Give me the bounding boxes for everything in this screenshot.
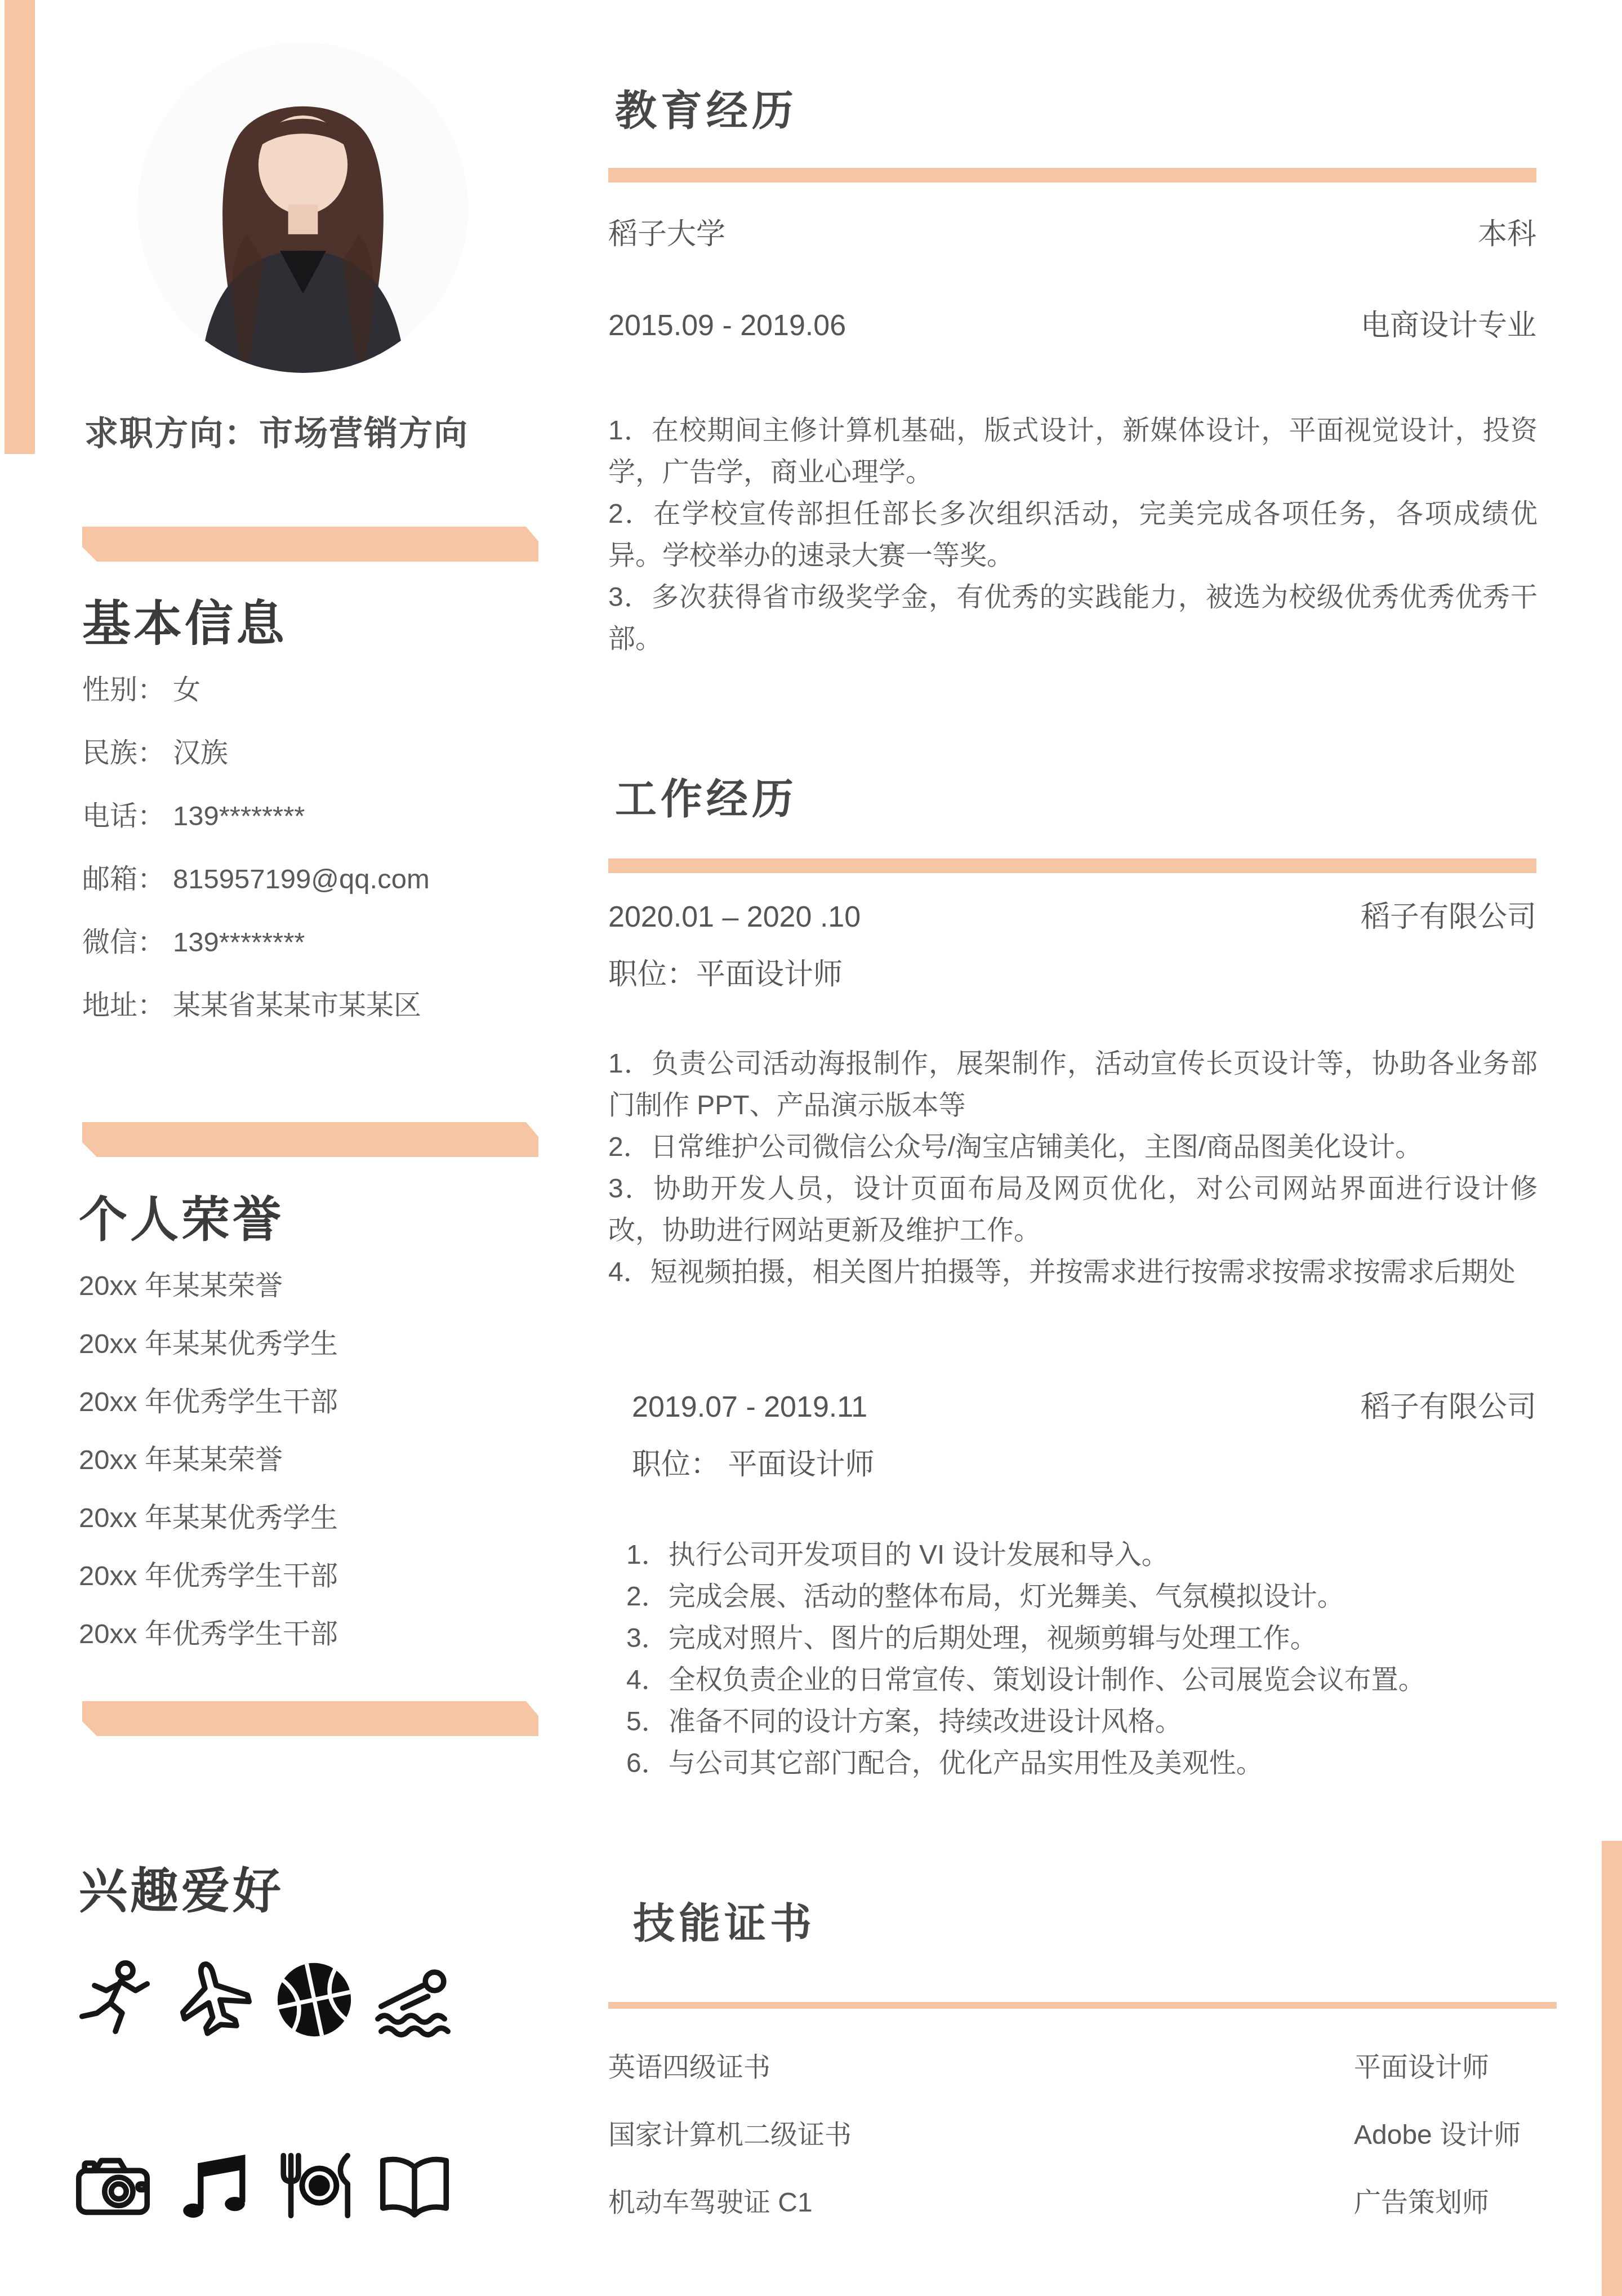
education-bullet: 2．在学校宣传部担任部长多次组织活动，完美完成各项任务，各项成绩优异。学校举办的… xyxy=(608,493,1538,577)
right-accent-bar xyxy=(1602,1841,1622,2296)
info-item-address: 地址：某某省某某市某某区 xyxy=(82,991,567,1020)
hobbies-title: 兴趣爱好 xyxy=(79,1852,284,1922)
skills-left-list: 英语四级证书 国家计算机二级证书 机动车驾驶证 C1 xyxy=(608,2054,852,2257)
education-period-row: 2015.09 - 2019.06 电商设计专业 xyxy=(608,309,1536,342)
job1-company: 稻子有限公司 xyxy=(1361,900,1536,934)
work-divider xyxy=(608,858,1536,873)
portrait-illustration xyxy=(138,43,468,373)
airplane-icon xyxy=(172,1957,273,2042)
job-bullet: 4．短视频拍摄，相关图片拍摄等，并按需求进行按需求按需求按需求后期处 xyxy=(608,1252,1538,1293)
job-bullet: 6．与公司其它部门配合，优化产品实用性及美观性。 xyxy=(626,1743,1536,1785)
education-bullet: 3．多次获得省市级奖学金，有优秀的实践能力，被选为校级优秀优秀优秀干部。 xyxy=(608,577,1538,660)
skill-item: 平面设计师 xyxy=(1354,2054,1521,2082)
skills-divider xyxy=(608,2002,1557,2009)
skill-item: 国家计算机二级证书 xyxy=(608,2121,852,2150)
job-bullet: 1．执行公司开发项目的 VI 设计发展和导入。 xyxy=(626,1534,1536,1576)
major: 电商设计专业 xyxy=(1361,309,1536,342)
info-item-email: 邮箱：815957199@qq.com xyxy=(82,865,567,893)
job2-header-row: 2019.07 - 2019.11 稻子有限公司 xyxy=(632,1390,1536,1424)
job-bullet: 2．完成会展、活动的整体布局，灯光舞美、气氛模拟设计。 xyxy=(626,1576,1536,1618)
job-objective: 求职方向：市场营销方向 xyxy=(84,407,563,455)
profile-photo xyxy=(138,43,468,373)
skill-item: Adobe 设计师 xyxy=(1354,2121,1521,2150)
degree: 本科 xyxy=(1478,217,1536,251)
job-bullet: 3．协助开发人员，设计页面布局及网页优化，对公司网站界面进行设计修改，协助进行网… xyxy=(608,1168,1538,1252)
dining-icon xyxy=(273,2143,373,2228)
job2-company: 稻子有限公司 xyxy=(1361,1390,1536,1424)
education-school-row: 稻子大学 本科 xyxy=(608,217,1536,251)
skills-title: 技能证书 xyxy=(633,1890,816,1950)
job-bullet: 2．日常维护公司微信公众号/淘宝店铺美化，主图/商品图美化设计。 xyxy=(608,1127,1538,1168)
music-icon xyxy=(172,2143,273,2228)
job1-header-row: 2020.01 – 2020 .10 稻子有限公司 xyxy=(608,900,1536,934)
resume-page: 求职方向：市场营销方向 基本信息 性别：女 民族：汉族 电话：139******… xyxy=(0,0,1622,2296)
section-accent-bar xyxy=(82,527,538,562)
honor-item: 20xx 年优秀学生干部 xyxy=(79,1562,574,1590)
basic-info-list: 性别：女 民族：汉族 电话：139******** 邮箱：815957199@q… xyxy=(82,676,567,1054)
honors-title: 个人荣誉 xyxy=(79,1181,284,1251)
education-bullet: 1．在校期间主修计算机基础，版式设计，新媒体设计，平面视觉设计，投资学，广告学，… xyxy=(608,410,1538,493)
section-accent-bar xyxy=(82,1122,538,1157)
job1-bullets: 1．负责公司活动海报制作，展架制作，活动宣传长页设计等，协助各业务部门制作 PP… xyxy=(608,1043,1538,1293)
camera-icon xyxy=(72,2143,172,2228)
job1-position: 职位：平面设计师 xyxy=(608,958,1536,991)
job2-period: 2019.07 - 2019.11 xyxy=(632,1390,867,1424)
honor-item: 20xx 年某某优秀学生 xyxy=(79,1504,574,1532)
job-bullet: 1．负责公司活动海报制作，展架制作，活动宣传长页设计等，协助各业务部门制作 PP… xyxy=(608,1043,1538,1127)
info-item-gender: 性别：女 xyxy=(82,676,567,704)
job1-period: 2020.01 – 2020 .10 xyxy=(608,900,861,934)
job2-bullets: 1．执行公司开发项目的 VI 设计发展和导入。 2．完成会展、活动的整体布局，灯… xyxy=(626,1534,1536,1785)
job2-position: 职位： 平面设计师 xyxy=(632,1448,1560,1481)
hobby-icons xyxy=(72,1957,478,2228)
skill-item: 英语四级证书 xyxy=(608,2054,852,2082)
basketball-icon xyxy=(273,1957,373,2042)
section-accent-bar xyxy=(82,1701,538,1736)
skill-item: 机动车驾驶证 C1 xyxy=(608,2189,852,2217)
book-icon xyxy=(373,2143,473,2228)
job-bullet: 3．完成对照片、图片的后期处理，视频剪辑与处理工作。 xyxy=(626,1618,1536,1659)
honor-item: 20xx 年优秀学生干部 xyxy=(79,1620,574,1648)
skill-item: 广告策划师 xyxy=(1354,2189,1521,2217)
education-title: 教育经历 xyxy=(615,78,797,137)
info-item-ethnicity: 民族：汉族 xyxy=(82,739,567,767)
skills-right-list: 平面设计师 Adobe 设计师 广告策划师 xyxy=(1354,2054,1521,2257)
left-accent-bar xyxy=(5,0,35,454)
honor-item: 20xx 年优秀学生干部 xyxy=(79,1388,574,1416)
education-bullets: 1．在校期间主修计算机基础，版式设计，新媒体设计，平面视觉设计，投资学，广告学，… xyxy=(608,410,1538,660)
job-bullet: 5．准备不同的设计方案，持续改进设计风格。 xyxy=(626,1701,1536,1743)
education-period: 2015.09 - 2019.06 xyxy=(608,309,846,342)
education-divider xyxy=(608,168,1536,183)
work-title: 工作经历 xyxy=(615,766,797,826)
info-item-phone: 电话：139******** xyxy=(82,802,567,830)
honor-item: 20xx 年某某荣誉 xyxy=(79,1272,574,1300)
honors-list: 20xx 年某某荣誉 20xx 年某某优秀学生 20xx 年优秀学生干部 20x… xyxy=(79,1272,574,1678)
running-icon xyxy=(72,1957,172,2042)
job-bullet: 4．全权负责企业的日常宣传、策划设计制作、公司展览会议布置。 xyxy=(626,1659,1536,1701)
honor-item: 20xx 年某某优秀学生 xyxy=(79,1330,574,1358)
school-name: 稻子大学 xyxy=(608,217,725,251)
info-item-wechat: 微信：139******** xyxy=(82,928,567,956)
basic-info-title: 基本信息 xyxy=(82,585,287,655)
swimming-icon xyxy=(373,1957,473,2042)
honor-item: 20xx 年某某荣誉 xyxy=(79,1446,574,1474)
